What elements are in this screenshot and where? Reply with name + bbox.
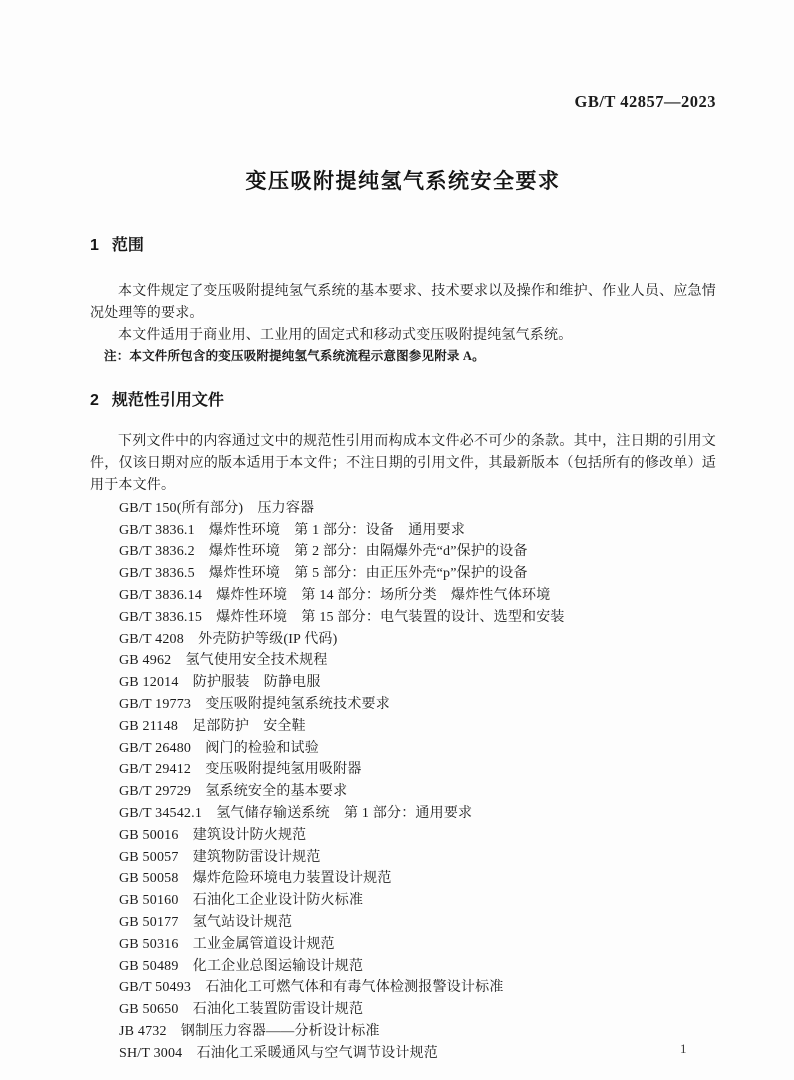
scope-paragraph-1: 本文件规定了变压吸附提纯氢气系统的基本要求、技术要求以及操作和维护、作业人员、应…	[90, 281, 716, 325]
reference-item: GB 50016 建筑设计防火规范	[119, 825, 716, 847]
reference-item: GB 12014 防护服装 防静电服	[119, 672, 716, 694]
reference-item: GB 50489 化工企业总图运输设计规范	[119, 956, 716, 978]
document-title: 变压吸附提纯氢气系统安全要求	[90, 168, 716, 195]
reference-item: GB/T 4208 外壳防护等级(IP 代码)	[119, 629, 716, 651]
reference-item: GB/T 3836.14 爆炸性环境 第 14 部分：场所分类 爆炸性气体环境	[119, 585, 716, 607]
standard-number: GB/T 42857—2023	[90, 92, 716, 112]
document-page: GB/T 42857—2023 变压吸附提纯氢气系统安全要求 1范围 本文件规定…	[0, 0, 794, 1080]
section-2-heading: 2规范性引用文件	[90, 390, 716, 411]
reference-list: GB/T 150(所有部分) 压力容器GB/T 3836.1 爆炸性环境 第 1…	[90, 498, 716, 1065]
reference-item: GB/T 150(所有部分) 压力容器	[119, 498, 716, 520]
reference-item: GB 50316 工业金属管道设计规范	[119, 934, 716, 956]
section-1-title: 范围	[112, 237, 144, 254]
reference-item: SH/T 3004 石油化工采暖通风与空气调节设计规范	[119, 1043, 716, 1065]
reference-item: GB/T 3836.15 爆炸性环境 第 15 部分：电气装置的设计、选型和安装	[119, 607, 716, 629]
page-number: 1	[680, 1041, 687, 1057]
reference-item: GB 50160 石油化工企业设计防火标准	[119, 890, 716, 912]
reference-item: GB/T 29729 氢系统安全的基本要求	[119, 781, 716, 803]
reference-item: GB/T 26480 阀门的检验和试验	[119, 738, 716, 760]
reference-item: GB 50650 石油化工装置防雷设计规范	[119, 999, 716, 1021]
reference-item: GB/T 3836.1 爆炸性环境 第 1 部分：设备 通用要求	[119, 520, 716, 542]
section-2-title: 规范性引用文件	[112, 392, 224, 409]
section-1-number: 1	[90, 235, 99, 256]
reference-item: GB 50058 爆炸危险环境电力装置设计规范	[119, 868, 716, 890]
scope-paragraph-2: 本文件适用于商业用、工业用的固定式和移动式变压吸附提纯氢气系统。	[90, 325, 716, 347]
reference-item: GB/T 19773 变压吸附提纯氢系统技术要求	[119, 694, 716, 716]
reference-item: GB/T 29412 变压吸附提纯氢用吸附器	[119, 759, 716, 781]
section-normative-references: 2规范性引用文件 下列文件中的内容通过文中的规范性引用而构成本文件必不可少的条款…	[90, 390, 716, 1064]
reference-item: GB/T 3836.5 爆炸性环境 第 5 部分：由正压外壳“p”保护的设备	[119, 563, 716, 585]
reference-item: GB/T 50493 石油化工可燃气体和有毒气体检测报警设计标准	[119, 977, 716, 999]
scope-note: 注：本文件所包含的变压吸附提纯氢气系统流程示意图参见附录 A。	[90, 346, 716, 366]
reference-item: GB 21148 足部防护 安全鞋	[119, 716, 716, 738]
reference-item: GB/T 34542.1 氢气储存输送系统 第 1 部分：通用要求	[119, 803, 716, 825]
reference-item: GB 50177 氢气站设计规范	[119, 912, 716, 934]
references-intro-paragraph: 下列文件中的内容通过文中的规范性引用而构成本文件必不可少的条款。其中，注日期的引…	[90, 431, 716, 496]
reference-item: GB 50057 建筑物防雷设计规范	[119, 847, 716, 869]
reference-item: GB 4962 氢气使用安全技术规程	[119, 650, 716, 672]
section-2-number: 2	[90, 390, 99, 411]
section-scope: 1范围 本文件规定了变压吸附提纯氢气系统的基本要求、技术要求以及操作和维护、作业…	[90, 235, 716, 366]
page-content: GB/T 42857—2023 变压吸附提纯氢气系统安全要求 1范围 本文件规定…	[90, 0, 716, 1065]
reference-item: GB/T 3836.2 爆炸性环境 第 2 部分：由隔爆外壳“d”保护的设备	[119, 541, 716, 563]
section-1-heading: 1范围	[90, 235, 716, 256]
reference-item: JB 4732 钢制压力容器——分析设计标准	[119, 1021, 716, 1043]
